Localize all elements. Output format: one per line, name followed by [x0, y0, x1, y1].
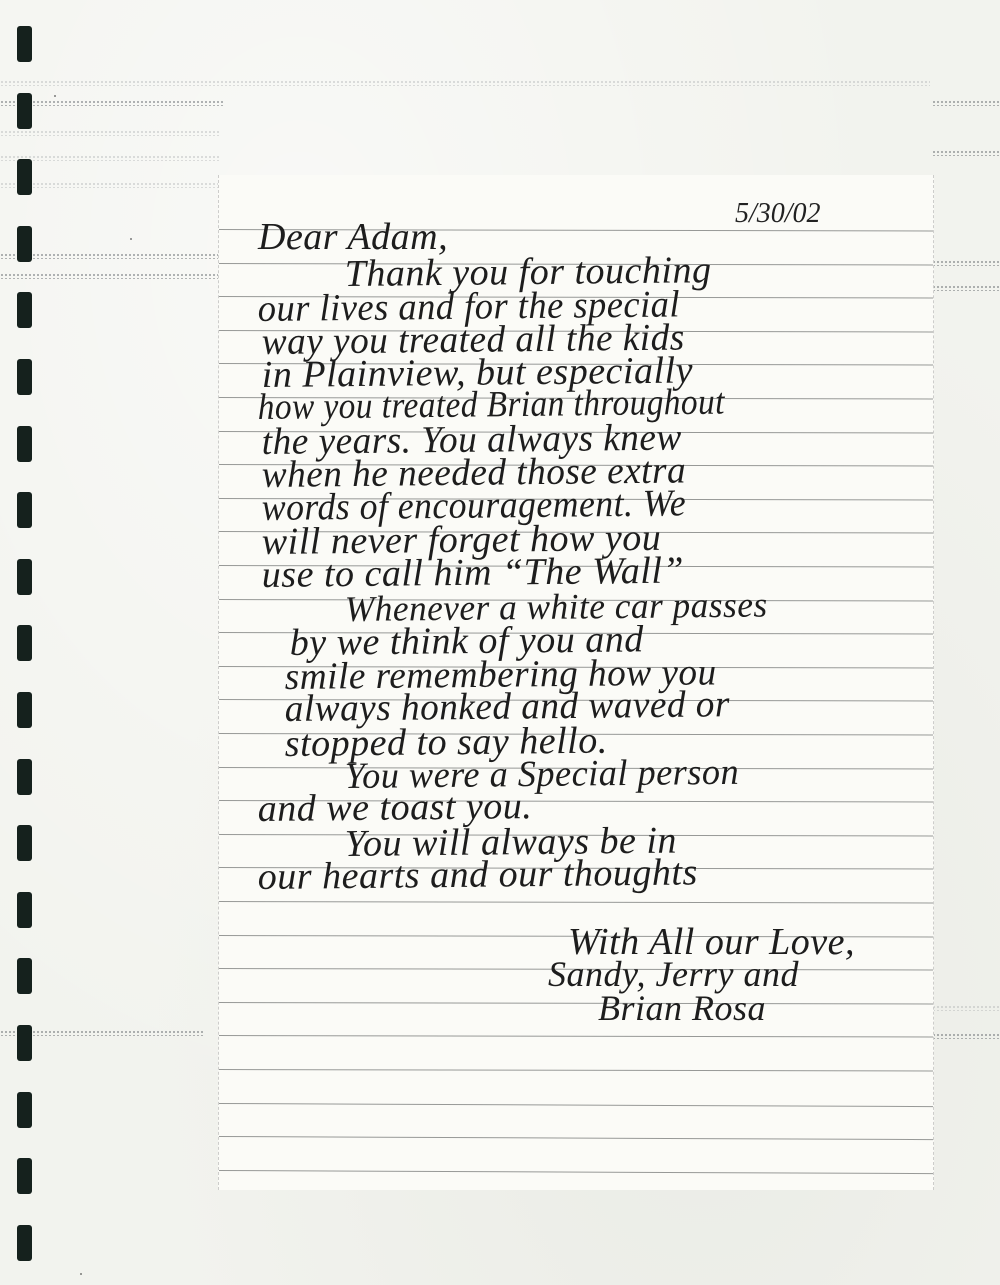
letter-date: 5/30/02: [735, 200, 821, 228]
ruled-line: [219, 1069, 933, 1071]
binding-hole: [17, 1225, 32, 1261]
copy-artifact: [932, 1005, 1000, 1011]
binding-hole: [17, 492, 32, 528]
binding-hole: [17, 559, 32, 595]
binding-hole: [17, 359, 32, 395]
binding-hole: [17, 292, 32, 328]
ruled-line: [219, 1103, 933, 1107]
copy-artifact: [932, 285, 1000, 291]
binding-hole: [17, 759, 32, 795]
letter-line: our hearts and our thoughts: [258, 853, 698, 896]
signature-last-line: Brian Rosa: [598, 990, 766, 1026]
ruled-line: [219, 1170, 933, 1174]
copy-artifact: [932, 1033, 1000, 1039]
speck: [130, 238, 132, 240]
binding-hole: [17, 26, 32, 62]
binding-hole: [17, 1092, 32, 1128]
copy-artifact: [932, 150, 1000, 156]
copy-artifact: [0, 155, 220, 161]
binding-hole: [17, 426, 32, 462]
speck: [54, 95, 56, 97]
copy-artifact: [0, 273, 218, 279]
ruled-line: [219, 1136, 933, 1140]
copy-artifact: [0, 130, 220, 136]
binding-hole: [17, 1025, 32, 1061]
copy-artifact: [0, 100, 225, 106]
binding-hole: [17, 625, 32, 661]
copy-artifact: [932, 260, 1000, 266]
copy-artifact: [932, 100, 1000, 106]
binding-hole: [17, 159, 32, 195]
binding-hole: [17, 1158, 32, 1194]
signature-names: Sandy, Jerry and: [548, 956, 799, 992]
salutation: Dear Adam,: [258, 218, 448, 256]
ruled-line: [219, 1002, 933, 1004]
ruled-line: [219, 901, 933, 903]
binding-hole: [17, 825, 32, 861]
ruled-line: [219, 1035, 933, 1037]
binding-hole: [17, 958, 32, 994]
copy-artifact: [0, 182, 218, 188]
binding-hole: [17, 692, 32, 728]
copy-artifact: [0, 80, 930, 86]
speck: [80, 1273, 82, 1275]
copy-artifact: [0, 253, 218, 259]
binding-hole: [17, 226, 32, 262]
binding-hole: [17, 892, 32, 928]
binding-hole: [17, 93, 32, 129]
